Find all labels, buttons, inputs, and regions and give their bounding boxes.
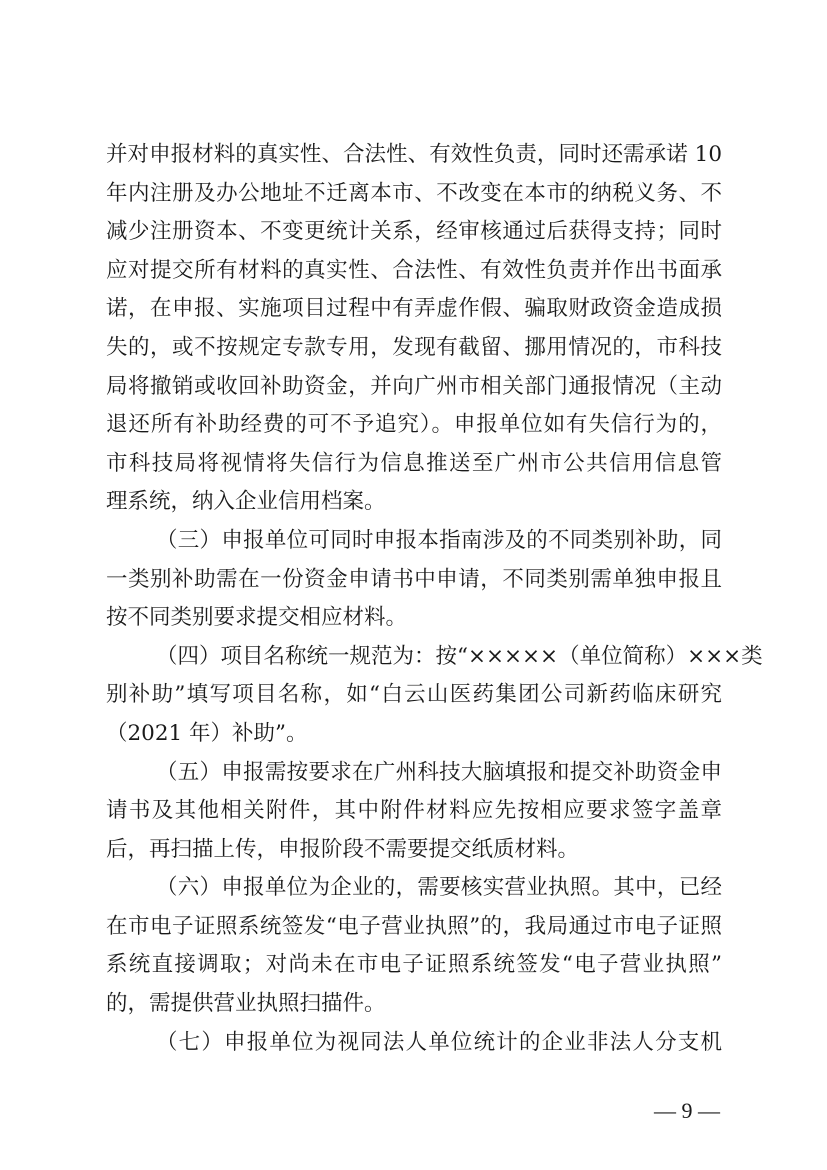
paragraph-item-6: （六）申报单位为企业的，需要核实营业执照。其中，已经 在市电子证照系统签发“电子…	[106, 869, 722, 1023]
text-line: 并对申报材料的真实性、合法性、有效性负责，同时还需承诺 10	[106, 136, 722, 175]
paragraph-item-4: （四）项目名称统一规范为：按“×××××（单位简称）×××类 别补助”填写项目名…	[106, 638, 722, 754]
page-number: — 9 —	[650, 1098, 724, 1124]
text-line: 诺，在申报、实施项目过程中有弄虚作假、骗取财政资金造成损	[106, 290, 722, 329]
text-line: 按不同类别要求提交相应材料。	[106, 599, 722, 638]
text-line: 别补助”填写项目名称，如“白云山医药集团公司新药临床研究	[106, 676, 722, 715]
text-line: 系统直接调取；对尚未在市电子证照系统签发“电子营业执照”	[106, 946, 722, 985]
text-line: 一类别补助需在一份资金申请书中申请，不同类别需单独申报且	[106, 561, 722, 600]
text-line: 在市电子证照系统签发“电子营业执照”的，我局通过市电子证照	[106, 908, 722, 947]
text-line: 减少注册资本、不变更统计关系，经审核通过后获得支持；同时	[106, 213, 722, 252]
text-line: 后，再扫描上传，申报阶段不需要提交纸质材料。	[106, 831, 722, 870]
text-line: 市科技局将视情将失信行为信息推送至广州市公共信用信息管	[106, 445, 722, 484]
text-line: 退还所有补助经费的可不予追究）。申报单位如有失信行为的，	[106, 406, 722, 445]
text-line: 理系统，纳入企业信用档案。	[106, 483, 722, 522]
text-line: 局将撤销或收回补助资金，并向广州市相关部门通报情况（主动	[106, 368, 722, 407]
text-line: （四）项目名称统一规范为：按“×××××（单位简称）×××类	[106, 638, 722, 677]
paragraph-continuation: 并对申报材料的真实性、合法性、有效性负责，同时还需承诺 10 年内注册及办公地址…	[106, 136, 722, 522]
text-line: （2021 年）补助”。	[106, 715, 722, 754]
text-line: （五）申报需按要求在广州科技大脑填报和提交补助资金申	[106, 754, 722, 793]
paragraph-item-5: （五）申报需按要求在广州科技大脑填报和提交补助资金申 请书及其他相关附件，其中附…	[106, 754, 722, 870]
text-line: 年内注册及办公地址不迁离本市、不改变在本市的纳税义务、不	[106, 175, 722, 214]
document-body: 并对申报材料的真实性、合法性、有效性负责，同时还需承诺 10 年内注册及办公地址…	[106, 136, 722, 1062]
paragraph-item-7: （七）申报单位为视同法人单位统计的企业非法人分支机	[106, 1024, 722, 1063]
text-line: （七）申报单位为视同法人单位统计的企业非法人分支机	[106, 1024, 722, 1063]
text-line: 的，需提供营业执照扫描件。	[106, 985, 722, 1024]
text-line: 失的，或不按规定专款专用，发现有截留、挪用情况的，市科技	[106, 329, 722, 368]
paragraph-item-3: （三）申报单位可同时申报本指南涉及的不同类别补助，同 一类别补助需在一份资金申请…	[106, 522, 722, 638]
text-line: （三）申报单位可同时申报本指南涉及的不同类别补助，同	[106, 522, 722, 561]
text-line: 请书及其他相关附件，其中附件材料应先按相应要求签字盖章	[106, 792, 722, 831]
text-line: （六）申报单位为企业的，需要核实营业执照。其中，已经	[106, 869, 722, 908]
text-line: 应对提交所有材料的真实性、合法性、有效性负责并作出书面承	[106, 252, 722, 291]
